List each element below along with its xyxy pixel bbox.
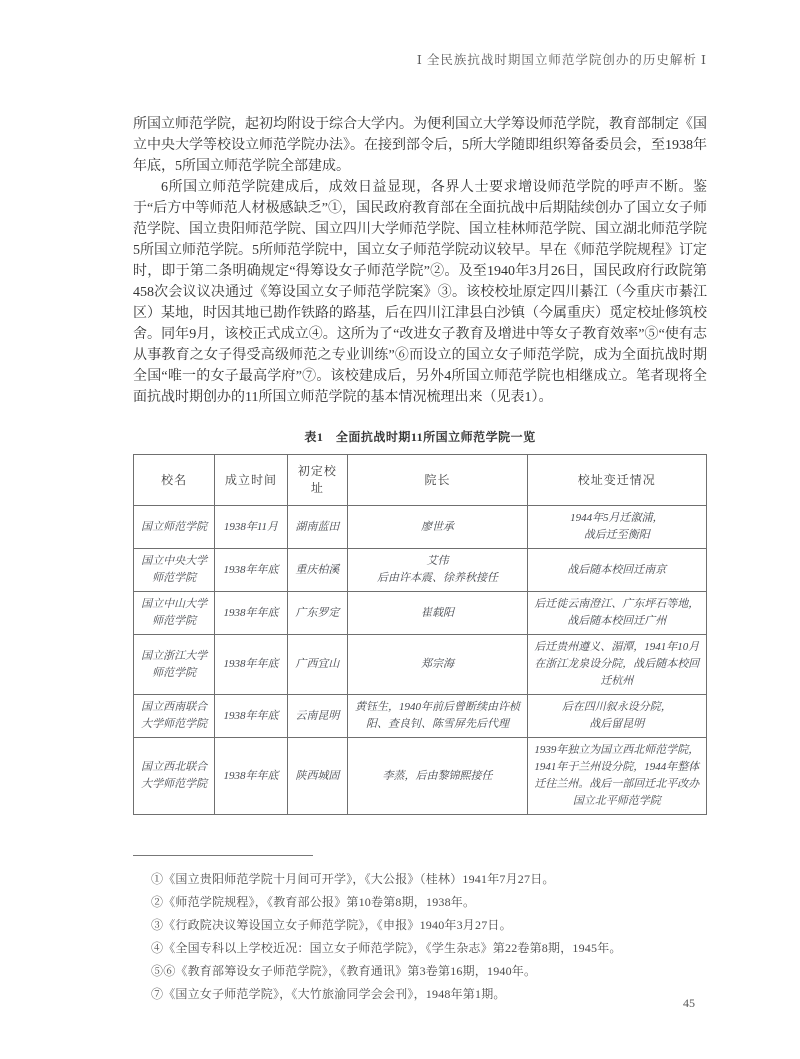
table-cell: 湖南蓝田 [287,506,348,549]
main-content: 所国立师范学院，起初均附设于综合大学内。为便利国立大学筹设师范学院，教育部制定《… [133,114,707,815]
table-row: 国立中央大学 师范学院1938年年底重庆柏溪艾伟 后由许本震、徐养秋接任战后随本… [134,549,707,592]
table-cell: 广东罗定 [287,592,348,635]
table-cell: 廖世承 [348,506,527,549]
table-cell: 后迁贵州遵义、湄潭，1941年10月在浙江龙泉设分院，战后随本校回迁杭州 [527,635,706,695]
table-cell: 国立中山大学 师范学院 [134,592,215,635]
table-header-cell: 校址变迁情况 [527,455,706,506]
table-cell: 陕西城固 [287,738,348,815]
table-header-cell: 初定校址 [287,455,348,506]
body-paragraph: 6所国立师范学院建成后，成效日益显现，各界人士要求增设师范学院的呼声不断。鉴于“… [133,177,707,408]
table-cell: 重庆柏溪 [287,549,348,592]
table-cell: 郑宗海 [348,635,527,695]
table-cell: 后在四川叙永设分院， 战后留昆明 [527,695,706,738]
table-cell: 1938年年底 [215,635,287,695]
table-header-row: 校名 成立时间 初定校址 院长 校址变迁情况 [134,455,707,506]
table-row: 国立西南联合 大学师范学院1938年年底云南昆明黄钰生，1940年前后曾断续由许… [134,695,707,738]
footnote-item: ⑦《国立女子师范学院》，《大竹旅渝同学会会刊》，1948年第1期。 [133,983,707,1006]
table-cell: 国立师范学院 [134,506,215,549]
table-cell: 云南昆明 [287,695,348,738]
table-cell: 1938年年底 [215,549,287,592]
table-cell: 国立浙江大学 师范学院 [134,635,215,695]
table-title: 表1 全面抗战时期11所国立师范学院一览 [133,428,707,445]
table-cell: 1938年11月 [215,506,287,549]
table-cell: 1939年独立为国立西北师范学院，1941年于兰州设分院，1944年整体迁往兰州… [527,738,706,815]
table-cell: 李蒸，后由黎锦熙接任 [348,738,527,815]
table-cell: 国立西北联合 大学师范学院 [134,738,215,815]
table-header-cell: 校名 [134,455,215,506]
table-row: 国立浙江大学 师范学院1938年年底广西宜山郑宗海后迁贵州遵义、湄潭，1941年… [134,635,707,695]
footnote-item: ①《国立贵阳师范学院十月间可开学》，《大公报》（桂林）1941年7月27日。 [133,868,707,891]
footnote-item: ③《行政院决议筹设国立女子师范学院》，《申报》1940年3月27日。 [133,914,707,937]
running-header-title: Ⅰ 全民族抗战时期国立师范学院创办的历史解析 Ⅰ [133,50,707,68]
table-cell: 1938年年底 [215,695,287,738]
table-cell: 黄钰生，1940年前后曾断续由许桢阳、查良钊、陈雪屏先后代理 [348,695,527,738]
table-cell: 战后随本校回迁南京 [527,549,706,592]
table-cell: 国立中央大学 师范学院 [134,549,215,592]
footnote-item: ⑤⑥《教育部筹设女子师范学院》，《教育通讯》第3卷第16期，1940年。 [133,960,707,983]
table-cell: 1938年年底 [215,738,287,815]
table-cell: 1944年5月迁溆浦， 战后迁至衡阳 [527,506,706,549]
footnotes-section: ①《国立贵阳师范学院十月间可开学》，《大公报》（桂林）1941年7月27日。 ②… [133,855,707,1006]
paper-page: Ⅰ 全民族抗战时期国立师范学院创办的历史解析 Ⅰ 所国立师范学院，起初均附设于综… [0,0,800,1059]
table-cell: 后迁徙云南澄江、广东坪石等地，战后随本校回迁广州 [527,592,706,635]
footnote-item: ②《师范学院规程》，《教育部公报》第10卷第8期，1938年。 [133,891,707,914]
table-cell: 广西宜山 [287,635,348,695]
table-cell: 崔载阳 [348,592,527,635]
page-number: 45 [683,996,695,1011]
table-row: 国立中山大学 师范学院1938年年底广东罗定崔载阳后迁徙云南澄江、广东坪石等地，… [134,592,707,635]
table-cell: 1938年年底 [215,592,287,635]
normal-colleges-table: 校名 成立时间 初定校址 院长 校址变迁情况 国立师范学院1938年11月湖南蓝… [133,454,707,815]
footnote-divider [133,855,313,856]
table-body: 国立师范学院1938年11月湖南蓝田廖世承1944年5月迁溆浦， 战后迁至衡阳国… [134,506,707,815]
table-cell: 艾伟 后由许本震、徐养秋接任 [348,549,527,592]
body-paragraph: 所国立师范学院，起初均附设于综合大学内。为便利国立大学筹设师范学院，教育部制定《… [133,114,707,177]
table-header-cell: 院长 [348,455,527,506]
footnote-item: ④《全国专科以上学校近况：国立女子师范学院》，《学生杂志》第22卷第8期，194… [133,937,707,960]
table-header-cell: 成立时间 [215,455,287,506]
table-row: 国立师范学院1938年11月湖南蓝田廖世承1944年5月迁溆浦， 战后迁至衡阳 [134,506,707,549]
table-row: 国立西北联合 大学师范学院1938年年底陕西城固李蒸，后由黎锦熙接任1939年独… [134,738,707,815]
table-cell: 国立西南联合 大学师范学院 [134,695,215,738]
